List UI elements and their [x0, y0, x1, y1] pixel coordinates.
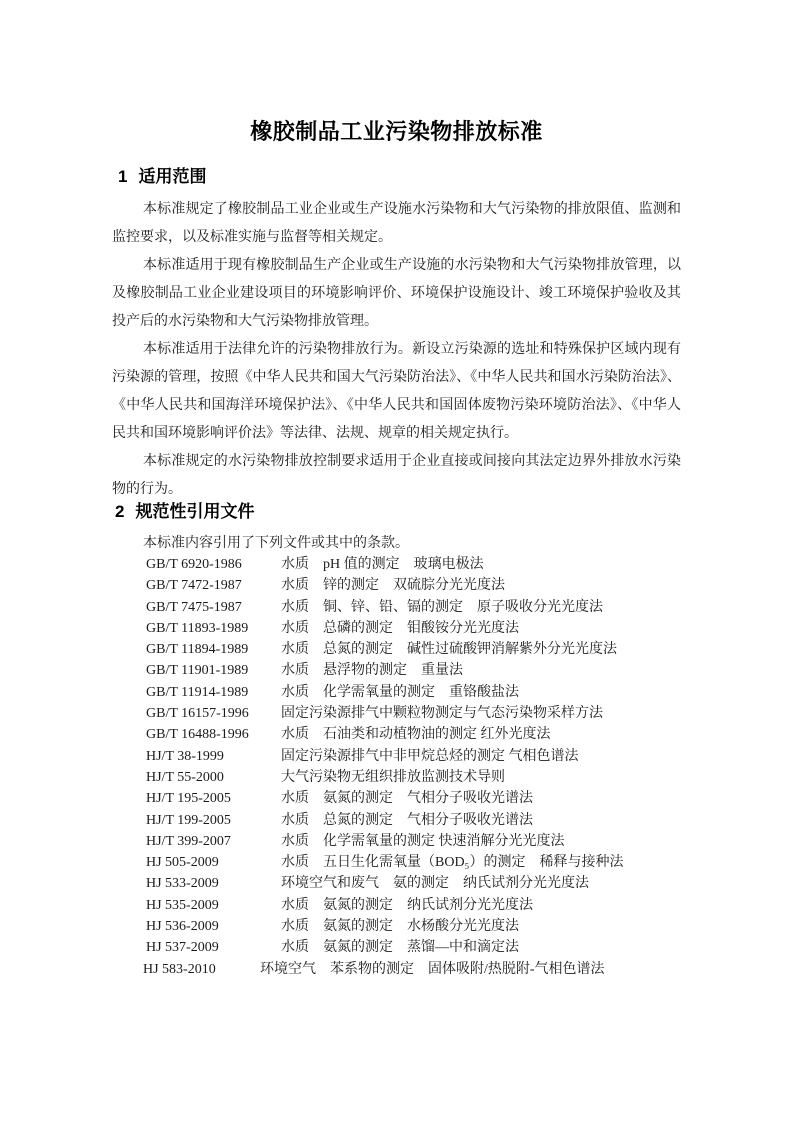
- reference-description: 水质 化学需氧量的测定 重铬酸盐法: [281, 682, 681, 703]
- reference-row: HJ/T 38-1999固定污染源排气中非甲烷总烃的测定 气相色谱法: [146, 746, 681, 767]
- references-intro: 本标准内容引用了下列文件或其中的条款。: [112, 533, 681, 554]
- reference-row: HJ 533-2009环境空气和废气 氨的测定 纳氏试剂分光光度法: [146, 873, 681, 894]
- reference-code: GB/T 11914-1989: [146, 682, 281, 703]
- reference-description: 水质 pH 值的测定 玻璃电极法: [281, 554, 681, 575]
- paragraph-scope-1: 本标准规定了橡胶制品工业企业或生产设施水污染物和大气污染物的排放限值、监测和监控…: [112, 196, 681, 252]
- reference-code: HJ/T 199-2005: [146, 810, 281, 831]
- reference-description: 大气污染物无组织排放监测技术导则: [281, 767, 681, 788]
- section-2-heading: 2规范性引用文件: [112, 502, 681, 522]
- reference-description: 固定污染源排气中非甲烷总烃的测定 气相色谱法: [281, 746, 681, 767]
- section-2-heading-text: 规范性引用文件: [135, 502, 254, 521]
- references-list: GB/T 6920-1986水质 pH 值的测定 玻璃电极法 GB/T 7472…: [112, 554, 681, 980]
- reference-description: 水质 化学需氧量的测定 快速消解分光光度法: [281, 831, 681, 852]
- reference-description: 环境空气 苯系物的测定 固体吸附/热脱附-气相色谱法: [260, 959, 681, 980]
- reference-code: HJ 583-2010: [143, 959, 260, 980]
- reference-code: GB/T 6920-1986: [146, 554, 281, 575]
- reference-code: HJ 537-2009: [146, 937, 281, 958]
- reference-code: GB/T 11893-1989: [146, 618, 281, 639]
- paragraph-scope-3: 本标准适用于法律允许的污染物排放行为。新设立污染源的选址和特殊保护区域内现有污染…: [112, 336, 681, 448]
- reference-description: 水质 氨氮的测定 纳氏试剂分光光度法: [281, 895, 681, 916]
- reference-code: HJ/T 38-1999: [146, 746, 281, 767]
- reference-row: HJ 537-2009水质 氨氮的测定 蒸馏—中和滴定法: [146, 937, 681, 958]
- paragraph-scope-4: 本标准规定的水污染物排放控制要求适用于企业直接或间接向其法定边界外排放水污染物的…: [112, 448, 681, 504]
- reference-row: GB/T 11914-1989水质 化学需氧量的测定 重铬酸盐法: [146, 682, 681, 703]
- reference-description: 水质 总氮的测定 气相分子吸收光谱法: [281, 810, 681, 831]
- document-title: 橡胶制品工业污染物排放标准: [112, 119, 681, 145]
- reference-description: 水质 铜、锌、铅、镉的测定 原子吸收分光光度法: [281, 597, 681, 618]
- reference-description: 水质 总磷的测定 钼酸铵分光光度法: [281, 618, 681, 639]
- reference-row: HJ 536-2009水质 氨氮的测定 水杨酸分光光度法: [146, 916, 681, 937]
- reference-code: GB/T 16488-1996: [146, 724, 281, 745]
- reference-code: HJ 505-2009: [146, 852, 281, 873]
- reference-description: 水质 氨氮的测定 气相分子吸收光谱法: [281, 788, 681, 809]
- reference-row: GB/T 16488-1996水质 石油类和动植物油的测定 红外光度法: [146, 724, 681, 745]
- reference-code: GB/T 11894-1989: [146, 639, 281, 660]
- reference-row: HJ 505-2009水质 五日生化需氧量（BOD₅）的测定 稀释与接种法: [146, 852, 681, 873]
- reference-code: HJ 535-2009: [146, 895, 281, 916]
- reference-code: GB/T 7475-1987: [146, 597, 281, 618]
- reference-description: 水质 五日生化需氧量（BOD₅）的测定 稀释与接种法: [281, 852, 681, 873]
- reference-code: HJ 536-2009: [146, 916, 281, 937]
- reference-description: 水质 石油类和动植物油的测定 红外光度法: [281, 724, 681, 745]
- reference-row: HJ 535-2009水质 氨氮的测定 纳氏试剂分光光度法: [146, 895, 681, 916]
- reference-row: HJ 583-2010环境空气 苯系物的测定 固体吸附/热脱附-气相色谱法: [143, 959, 681, 980]
- reference-row: GB/T 11893-1989水质 总磷的测定 钼酸铵分光光度法: [146, 618, 681, 639]
- reference-row: HJ/T 195-2005水质 氨氮的测定 气相分子吸收光谱法: [146, 788, 681, 809]
- reference-row: GB/T 6920-1986水质 pH 值的测定 玻璃电极法: [146, 554, 681, 575]
- document-page: 橡胶制品工业污染物排放标准 1适用范围 本标准规定了橡胶制品工业企业或生产设施水…: [0, 0, 793, 1122]
- reference-row: HJ/T 399-2007水质 化学需氧量的测定 快速消解分光光度法: [146, 831, 681, 852]
- reference-code: GB/T 11901-1989: [146, 660, 281, 681]
- reference-code: HJ 533-2009: [146, 873, 281, 894]
- reference-description: 水质 氨氮的测定 蒸馏—中和滴定法: [281, 937, 681, 958]
- reference-description: 水质 锌的测定 双硫腙分光光度法: [281, 575, 681, 596]
- document-content: 橡胶制品工业污染物排放标准 1适用范围 本标准规定了橡胶制品工业企业或生产设施水…: [112, 119, 681, 980]
- section-1-number: 1: [118, 167, 127, 186]
- reference-row: GB/T 7475-1987水质 铜、锌、铅、镉的测定 原子吸收分光光度法: [146, 597, 681, 618]
- section-1-heading-text: 适用范围: [138, 167, 206, 186]
- reference-description: 水质 悬浮物的测定 重量法: [281, 660, 681, 681]
- reference-row: HJ/T 199-2005水质 总氮的测定 气相分子吸收光谱法: [146, 810, 681, 831]
- reference-code: HJ/T 195-2005: [146, 788, 281, 809]
- reference-code: HJ/T 55-2000: [146, 767, 281, 788]
- reference-code: HJ/T 399-2007: [146, 831, 281, 852]
- paragraph-scope-2: 本标准适用于现有橡胶制品生产企业或生产设施的水污染物和大气污染物排放管理，以及橡…: [112, 252, 681, 336]
- reference-description: 环境空气和废气 氨的测定 纳氏试剂分光光度法: [281, 873, 681, 894]
- reference-row: GB/T 11894-1989水质 总氮的测定 碱性过硫酸钾消解紫外分光光度法: [146, 639, 681, 660]
- reference-row: GB/T 7472-1987水质 锌的测定 双硫腙分光光度法: [146, 575, 681, 596]
- reference-row: GB/T 11901-1989水质 悬浮物的测定 重量法: [146, 660, 681, 681]
- reference-description: 水质 总氮的测定 碱性过硫酸钾消解紫外分光光度法: [281, 639, 681, 660]
- reference-code: GB/T 7472-1987: [146, 575, 281, 596]
- reference-row: HJ/T 55-2000大气污染物无组织排放监测技术导则: [146, 767, 681, 788]
- section-2-number: 2: [115, 502, 124, 521]
- reference-description: 水质 氨氮的测定 水杨酸分光光度法: [281, 916, 681, 937]
- section-1-heading: 1适用范围: [112, 167, 681, 187]
- reference-description: 固定污染源排气中颗粒物测定与气态污染物采样方法: [281, 703, 681, 724]
- reference-code: GB/T 16157-1996: [146, 703, 281, 724]
- reference-row: GB/T 16157-1996固定污染源排气中颗粒物测定与气态污染物采样方法: [146, 703, 681, 724]
